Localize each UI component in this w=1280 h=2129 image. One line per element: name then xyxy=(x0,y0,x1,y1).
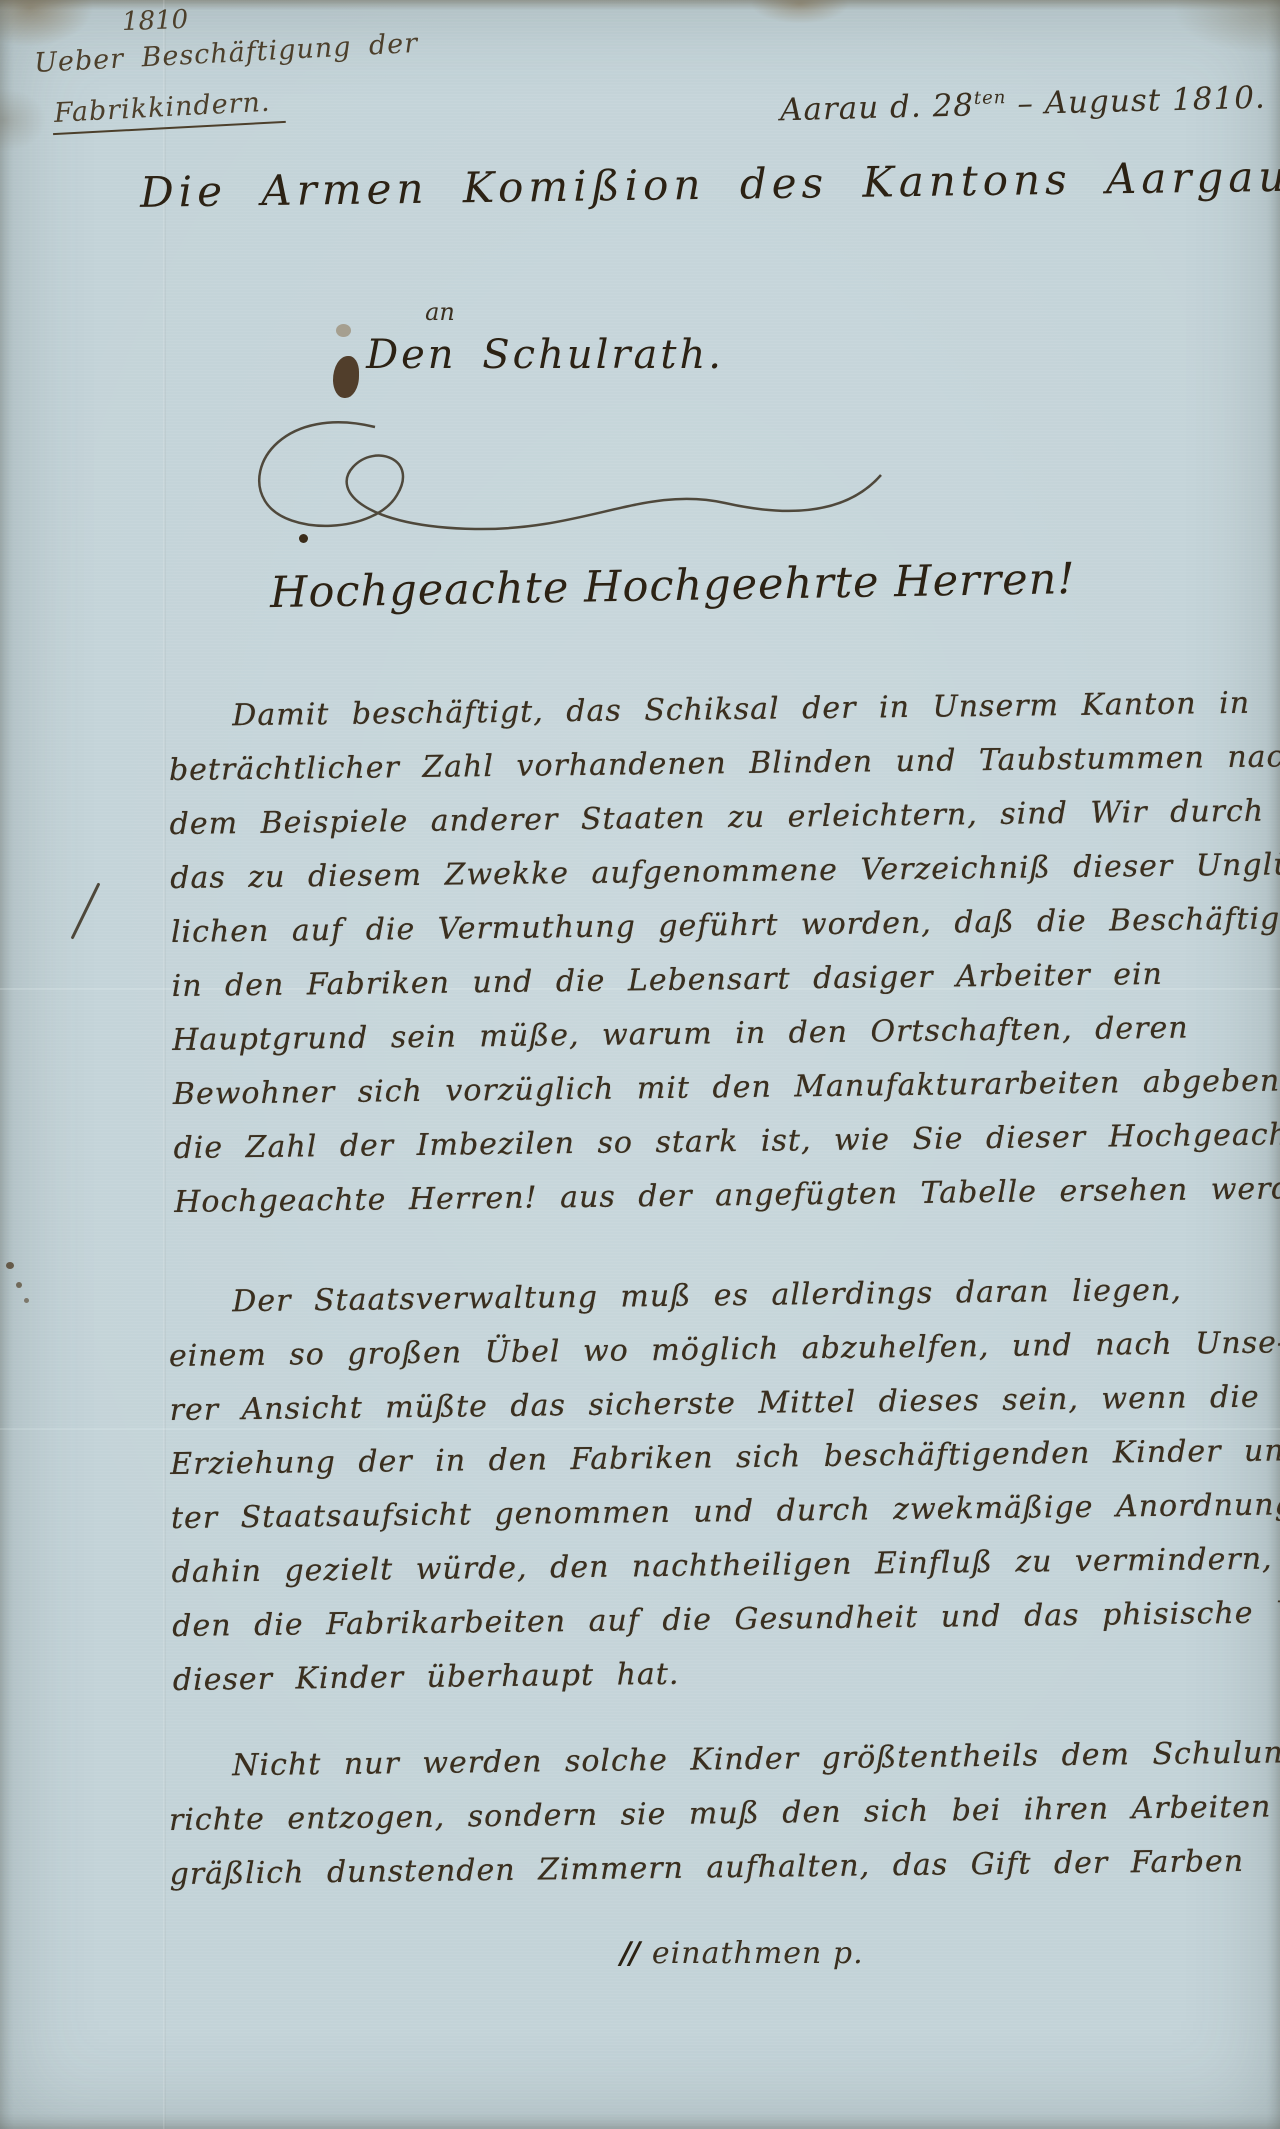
manuscript-page: 1810 Ueber Beschäftigung der Fabrikkinde… xyxy=(0,0,1280,2129)
dateline-month-year: – August 1810. xyxy=(1017,80,1266,122)
catchword: //einathmen p. xyxy=(620,1936,864,1971)
ink-speck xyxy=(16,1282,22,1288)
pen-flourish-swash xyxy=(225,415,885,540)
annotation-subject-line1: Ueber Beschäftigung der xyxy=(33,28,418,79)
annotation-year: 1810 xyxy=(121,5,188,37)
ink-blot-large xyxy=(333,356,359,398)
dateline: Aarau d. 28ten – August 1810. xyxy=(780,80,1267,129)
ink-dot xyxy=(299,534,308,543)
ink-blot-faded xyxy=(336,324,351,337)
address-preposition: an xyxy=(0,298,880,326)
recipient-line: Den Schulrath. xyxy=(0,332,1090,378)
body-paragraph-3: Nicht nur werden solche Kinder größtenth… xyxy=(168,1727,1270,1902)
dateline-ordinal: ten xyxy=(974,87,1007,109)
annotation-subject-line2: Fabrikkindern. xyxy=(51,86,285,135)
sender-line: Die Armen Komißion des Kantons Aargau xyxy=(140,152,1261,217)
salutation: Hochgeachte Hochgeehrte Herren! xyxy=(270,556,971,618)
body-paragraph-1: Damit beschäftigt, das Schiksal der in U… xyxy=(168,677,1275,1230)
ink-speck xyxy=(24,1298,29,1303)
catchword-mark: // xyxy=(620,1936,638,1971)
catchword-text: einathmen p. xyxy=(652,1936,864,1971)
ink-speck xyxy=(6,1262,14,1269)
dateline-place-day: Aarau d. 28 xyxy=(780,87,975,128)
margin-check-slash xyxy=(71,882,101,939)
body-paragraph-2: Der Staatsverwaltung muß es allerdings d… xyxy=(168,1263,1273,1708)
